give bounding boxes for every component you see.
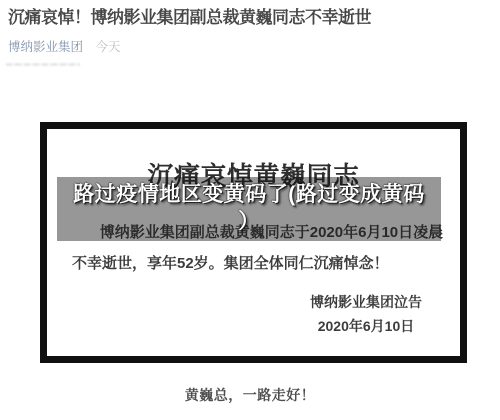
obituary-signature: 博纳影业集团泣告 (310, 290, 422, 314)
faded-meta-text (6, 63, 80, 66)
obituary-image[interactable]: 沉痛哀悼黄巍同志 博纳影业集团副总裁黄巍同志于2020年6月10日凌晨 不幸逝世… (40, 122, 467, 363)
article-page: 沉痛哀悼！博纳影业集团副总裁黄巍同志不幸逝世 博纳影业集团 今天 沉痛哀悼黄巍同… (0, 0, 500, 420)
article-title: 沉痛哀悼！博纳影业集团副总裁黄巍同志不幸逝世 (8, 7, 492, 29)
watermark-line1: 路过疫情地区变黄码了(路过变成黄码 (57, 181, 441, 208)
byline: 博纳影业集团 今天 (8, 40, 121, 54)
closing-caption: 黄巍总，一路走好！ (0, 386, 500, 404)
watermark-line2: ） (57, 208, 441, 235)
obituary-date: 2020年6月10日 (310, 314, 422, 338)
obituary-body-line2: 不幸逝世，享年52岁。集团全体同仁沉痛悼念！ (72, 248, 454, 279)
publish-time: 今天 (96, 40, 121, 54)
account-link[interactable]: 博纳影业集团 (8, 40, 83, 54)
obituary-signature-block: 博纳影业集团泣告 2020年6月10日 (310, 290, 422, 338)
watermark-overlay: 路过疫情地区变黄码了(路过变成黄码 ） (57, 177, 441, 241)
